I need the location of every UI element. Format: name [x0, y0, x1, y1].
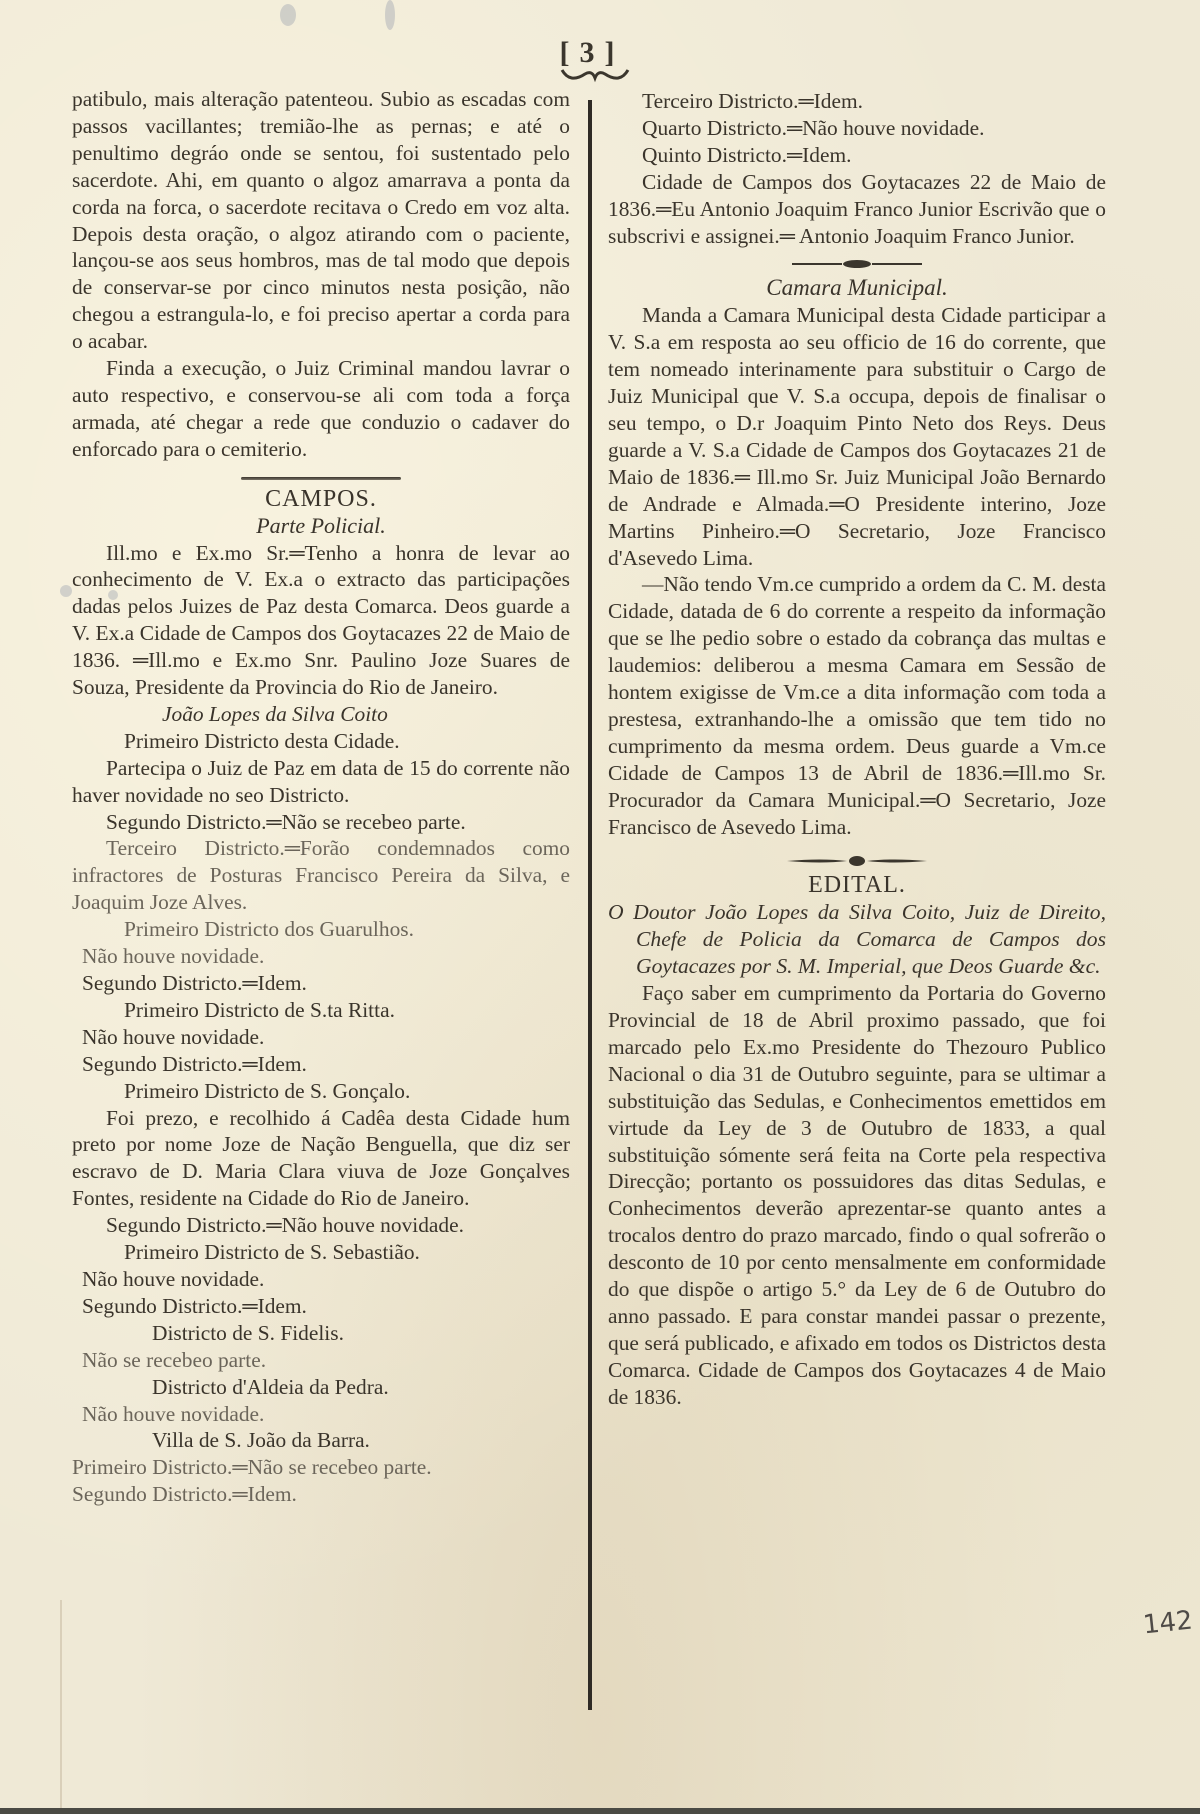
district-report: Segundo Districto.═Idem.	[72, 970, 570, 997]
handwritten-page-note: 142	[1142, 1605, 1195, 1640]
column-divider	[588, 100, 592, 1710]
page-bottom-edge	[0, 1808, 1200, 1814]
district-report: Segundo Districto.═Não houve novidade.	[72, 1212, 570, 1239]
camara-paragraph: Manda a Camara Municipal desta Cidade pa…	[608, 302, 1106, 571]
ink-stain	[60, 585, 72, 597]
paper-fold	[60, 1600, 62, 1810]
section-subheading: Parte Policial.	[72, 513, 570, 540]
district-report: Terceiro Districto.═Forão condemnados co…	[72, 835, 570, 916]
district-report: Partecipa o Juiz de Paz em data de 15 do…	[72, 755, 570, 809]
left-column: patibulo, mais alteração patenteou. Subi…	[72, 86, 570, 1508]
district-heading: Primeiro Districto de S. Sebastião.	[72, 1239, 570, 1266]
camara-paragraph: —Não tendo Vm.ce cumprido a ordem da C. …	[608, 571, 1106, 840]
district-report: Quarto Districto.═Não houve novidade.	[608, 115, 1106, 142]
section-ornament-icon	[782, 257, 932, 271]
ink-stain	[280, 4, 296, 26]
newspaper-page: [3] patibulo, mais alteração patenteou. …	[0, 0, 1200, 1808]
district-heading: Primeiro Districto de S. Gonçalo.	[72, 1078, 570, 1105]
brace-ornament-icon	[560, 64, 630, 86]
edital-body: Faço saber em cumprimento da Portaria do…	[608, 980, 1106, 1411]
district-report: Segundo Districto.═Idem.	[72, 1051, 570, 1078]
edital-intro: O Doutor João Lopes da Silva Coito, Juiz…	[608, 899, 1106, 980]
district-heading: Primeiro Districto dos Guarulhos.	[72, 916, 570, 943]
district-heading: Primeiro Districto desta Cidade.	[72, 728, 570, 755]
district-report: Não se recebeo parte.	[72, 1347, 570, 1374]
district-report: Quinto Districto.═Idem.	[608, 142, 1106, 169]
district-report: Terceiro Districto.═Idem.	[608, 88, 1106, 115]
district-report: Segundo Districto.═Não se recebeo parte.	[72, 809, 570, 836]
section-heading-campos: CAMPOS.	[72, 486, 570, 513]
district-report: Segundo Districto.═Idem.	[72, 1293, 570, 1320]
district-report: Não houve novidade.	[72, 1024, 570, 1051]
district-report: Primeiro Districto.═Não se recebeo parte…	[72, 1454, 570, 1481]
district-report: Foi prezo, e recolhido á Cadêa desta Cid…	[72, 1105, 570, 1213]
district-report: Não houve novidade.	[72, 1401, 570, 1428]
letter-paragraph: Ill.mo e Ex.mo Sr.═Tenho a honra de leva…	[72, 540, 570, 701]
district-report: Não houve novidade.	[72, 1266, 570, 1293]
section-heading-camara: Camara Municipal.	[608, 275, 1106, 302]
district-heading: Primeiro Districto de S.ta Ritta.	[72, 997, 570, 1024]
ink-stain	[385, 0, 395, 30]
section-ornament-icon	[782, 854, 932, 868]
article-paragraph: Finda a execução, o Juiz Criminal mandou…	[72, 355, 570, 463]
signature: João Lopes da Silva Coito	[72, 701, 570, 728]
district-report: Não houve novidade.	[72, 943, 570, 970]
article-paragraph: patibulo, mais alteração patenteou. Subi…	[72, 86, 570, 355]
district-heading: Villa de S. João da Barra.	[72, 1427, 570, 1454]
district-heading: Districto de S. Fidelis.	[72, 1320, 570, 1347]
section-divider	[241, 477, 401, 480]
right-column: Terceiro Districto.═Idem. Quarto Distric…	[608, 88, 1106, 1411]
district-heading: Districto d'Aldeia da Pedra.	[72, 1374, 570, 1401]
district-report: Segundo Districto.═Idem.	[72, 1481, 570, 1508]
report-closing: Cidade de Campos dos Goytacazes 22 de Ma…	[608, 169, 1106, 250]
section-heading-edital: EDITAL.	[608, 872, 1106, 899]
